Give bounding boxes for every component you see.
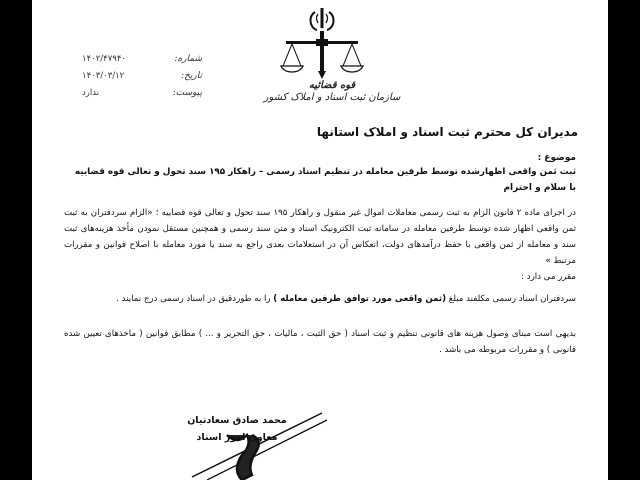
number-value: ۱۴۰۲/۴۷۹۴۰ <box>82 54 126 64</box>
signatory-name: محمد صادق سعادتیان <box>182 412 292 429</box>
paragraph-1: در اجرای ماده ۲ قانون الزام به ثبت رسمی … <box>64 205 576 269</box>
date-label: تاریخ: <box>181 71 202 81</box>
judiciary-emblem-scales-icon <box>272 4 372 84</box>
date-value: ۱۴۰۳/۰۳/۱۲ <box>82 71 124 81</box>
letter-page: قوه قضائیه سازمان ثبت اسناد و املاک کشور… <box>32 0 608 480</box>
subject: ثبت ثمن واقعی اظهارشده توسط طرفین معامله… <box>75 164 576 180</box>
signatory-title: معاون امور اسناد <box>182 429 292 446</box>
org-registration: سازمان ثبت اسناد و املاک کشور <box>262 92 402 103</box>
attachment-label: پیوست: <box>173 88 202 98</box>
actual-price-emphasis: (ثمن واقعی مورد توافق طرفین معامله ) <box>273 294 446 304</box>
paragraph-2: سردفتران اسناد رسمی مکلفند مبلغ (ثمن واق… <box>64 291 576 307</box>
meta-number: شماره: ۱۴۰۲/۴۷۹۴۰ <box>82 50 202 67</box>
paragraph-2-start: سردفتران اسناد رسمی مکلفند مبلغ <box>446 294 576 304</box>
greeting: با سلام و احترام <box>503 180 576 196</box>
decree-label: مقرر می دارد : <box>521 269 576 285</box>
signature-block: محمد صادق سعادتیان معاون امور اسناد <box>182 412 292 446</box>
addressee: مدیران کل محترم ثبت اسناد و املاک استانه… <box>317 124 578 140</box>
paragraph-2-end: را به طوردقیق در اسناد رسمی درج نمایند . <box>116 294 273 304</box>
paragraph-3: بدیهی است مبنای وصول هزینه های قانونی تن… <box>64 326 576 358</box>
meta-attachment: پیوست: ندارد <box>82 84 202 101</box>
letter-meta: شماره: ۱۴۰۲/۴۷۹۴۰ تاریخ: ۱۴۰۳/۰۳/۱۲ پیوس… <box>82 50 202 101</box>
attachment-value: ندارد <box>82 88 99 98</box>
number-label: شماره: <box>174 54 202 64</box>
org-judiciary: قوه قضائیه <box>302 80 362 91</box>
meta-date: تاریخ: ۱۴۰۳/۰۳/۱۲ <box>82 67 202 84</box>
